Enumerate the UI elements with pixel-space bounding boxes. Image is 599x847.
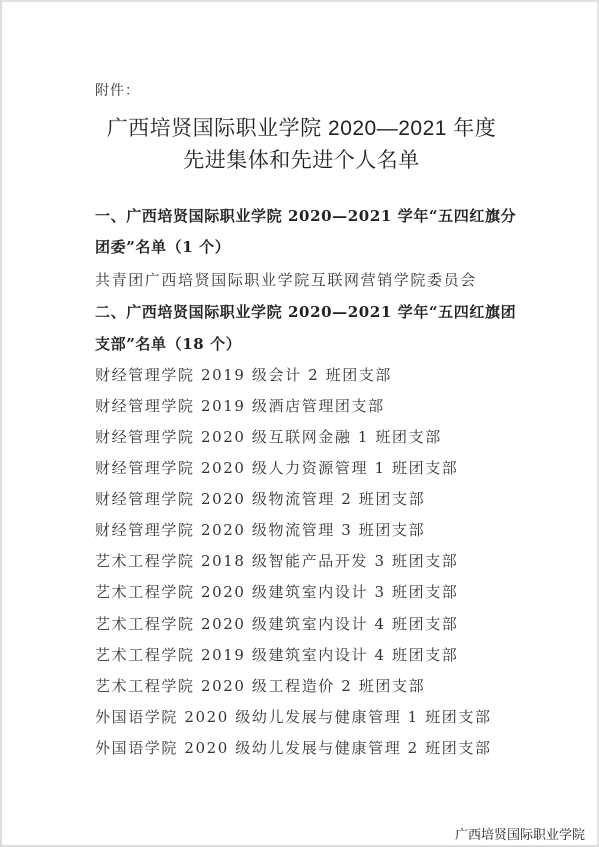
attachment-label: 附件： (95, 80, 140, 100)
list-item: 财经管理学院 2019 级酒店管理团支部 (95, 395, 385, 416)
list-item: 外国语学院 2020 级幼儿发展与健康管理 1 班团支部 (95, 706, 492, 727)
list-item: 艺术工程学院 2019 级建筑室内设计 4 班团支部 (95, 644, 458, 665)
list-item: 艺术工程学院 2020 级工程造价 2 班团支部 (95, 675, 425, 696)
list-item: 财经管理学院 2020 级物流管理 2 班团支部 (95, 488, 425, 509)
footer-institution: 广西培贤国际职业学院 (455, 824, 585, 843)
list-item: 财经管理学院 2020 级人力资源管理 1 班团支部 (95, 457, 458, 478)
document-title-line2: 先进集体和先进个人名单 (2, 144, 599, 174)
list-item: 共青团广西培贤国际职业学院互联网营销学院委员会 (95, 269, 477, 290)
section2-heading-line1: 二、广西培贤国际职业学院 2020—2021 学年“五四红旗团 (95, 301, 516, 322)
section1-heading-line1: 一、广西培贤国际职业学院 2020—2021 学年“五四红旗分 (95, 205, 516, 226)
list-item: 艺术工程学院 2018 级智能产品开发 3 班团支部 (95, 550, 458, 571)
section2-heading-line2: 支部”名单（18 个） (95, 333, 241, 354)
section1-heading-line2: 团委”名单（1 个） (95, 236, 230, 257)
list-item: 艺术工程学院 2020 级建筑室内设计 3 班团支部 (95, 581, 458, 602)
list-item: 财经管理学院 2019 级会计 2 班团支部 (95, 364, 392, 385)
list-item: 艺术工程学院 2020 级建筑室内设计 4 班团支部 (95, 613, 458, 634)
list-item: 外国语学院 2020 级幼儿发展与健康管理 2 班团支部 (95, 737, 492, 758)
list-item: 财经管理学院 2020 级物流管理 3 班团支部 (95, 519, 425, 540)
document-page: 附件： 广西培贤国际职业学院 2020—2021 年度 先进集体和先进个人名单 … (0, 0, 599, 847)
list-item: 财经管理学院 2020 级互联网金融 1 班团支部 (95, 426, 442, 447)
document-title-line1: 广西培贤国际职业学院 2020—2021 年度 (2, 112, 599, 142)
